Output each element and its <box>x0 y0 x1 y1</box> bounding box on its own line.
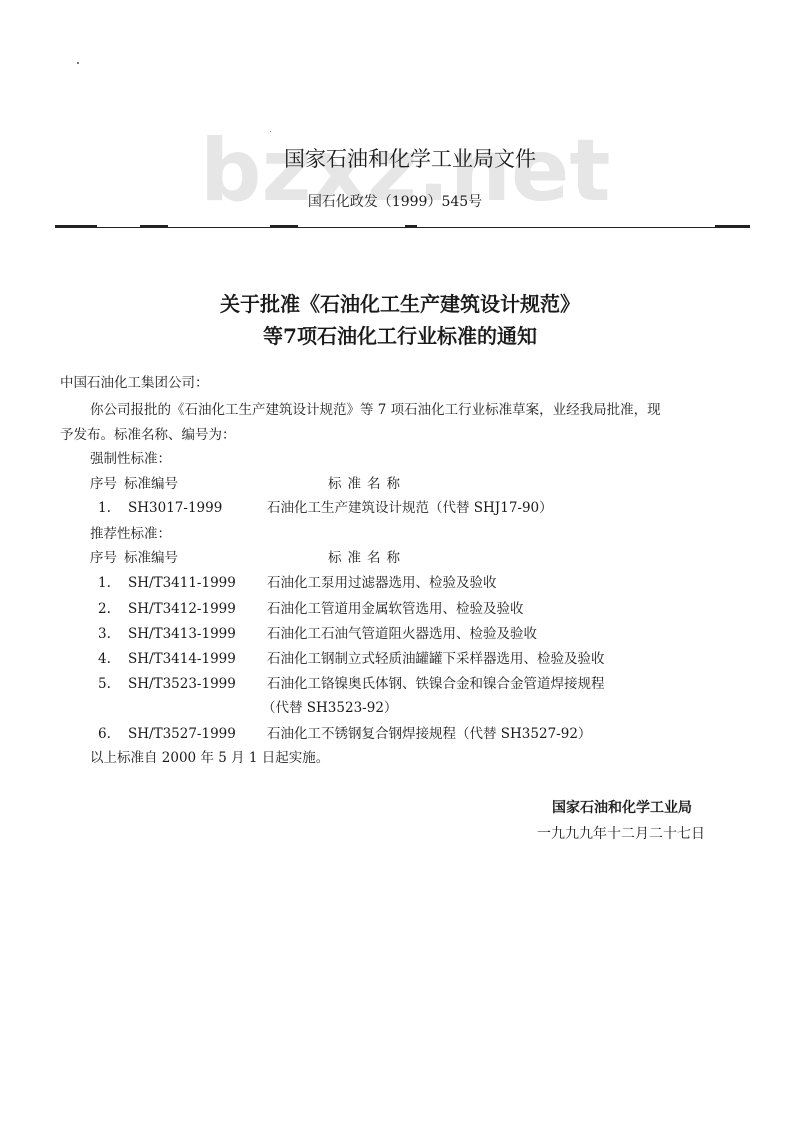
rule-segment <box>405 225 417 227</box>
recipient: 中国石油化工集团公司： <box>60 377 209 391</box>
recommended-header-seq: 序号 <box>90 552 117 566</box>
recommended-section-label: 推荐性标准： <box>90 528 171 542</box>
table-row-seq: 2. <box>98 603 111 617</box>
table-row-code: SH3017-1999 <box>128 502 222 516</box>
body-paragraph-line-2: 予发布。标准名称、编号为： <box>60 429 236 443</box>
rule-segment <box>715 225 750 228</box>
signature-organization: 国家石油和化学工业局 <box>552 797 692 817</box>
signature-date: 一九九九年十二月二十七日 <box>537 823 705 843</box>
mandatory-section-label: 强制性标准： <box>90 453 171 467</box>
table-row-code: SH/T3413-1999 <box>128 628 236 642</box>
table-row-code: SH/T3523-1999 <box>128 678 236 692</box>
table-row-name: 石油化工生产建筑设计规范（代替 SHJ17-90） <box>267 502 553 516</box>
scan-speck <box>77 62 79 64</box>
table-row-code: SH/T3414-1999 <box>128 653 236 667</box>
document-number: 国石化政发（1999）545号 <box>0 191 790 211</box>
table-row-seq: 3. <box>98 628 111 642</box>
table-row-name: 石油化工泵用过滤器选用、检验及验收 <box>267 577 497 591</box>
table-row-name: 石油化工铬镍奥氏体钢、铁镍合金和镍合金管道焊接规程 <box>267 678 605 692</box>
issuer-title: 国家石油和化学工业局文件 <box>0 143 800 173</box>
effective-date-statement: 以上标准自 2000 年 5 月 1 日起实施。 <box>90 752 329 766</box>
mandatory-header-seq: 序号 <box>90 478 117 492</box>
table-row-name: 石油化工石油气管道阻火器选用、检验及验收 <box>267 628 537 642</box>
table-row-seq: 1. <box>98 577 111 591</box>
table-row-code: SH/T3411-1999 <box>128 577 236 591</box>
table-row-code: SH/T3527-1999 <box>128 728 236 742</box>
mandatory-header-name: 标准名称 <box>328 478 406 492</box>
notice-title-line-2: 等7项石油化工行业标准的通知 <box>0 320 800 349</box>
table-row-seq: 1. <box>98 502 111 516</box>
rule-segment <box>270 225 298 227</box>
notice-title-line-1: 关于批准《石油化工生产建筑设计规范》 <box>0 288 800 317</box>
table-row-name-continuation: （代替 SH3523-92） <box>262 702 397 716</box>
rule-segment <box>140 225 168 228</box>
table-row-name: 石油化工不锈钢复合钢焊接规程（代替 SH3527-92） <box>267 728 591 742</box>
mandatory-header-code: 标准编号 <box>124 478 178 492</box>
table-row-seq: 5. <box>98 678 111 692</box>
body-paragraph-line-1: 你公司报批的《石油化工生产建筑设计规范》等 7 项石油化工行业标准草案，业经我局… <box>90 404 661 418</box>
table-row-code: SH/T3412-1999 <box>128 603 236 617</box>
rule-segment <box>55 225 97 228</box>
table-row-seq: 4. <box>98 653 111 667</box>
table-row-name: 石油化工钢制立式轻质油罐罐下采样器选用、检验及验收 <box>267 653 605 667</box>
recommended-header-code: 标准编号 <box>124 552 178 566</box>
recommended-header-name: 标准名称 <box>328 552 406 566</box>
table-row-name: 石油化工管道用金属软管选用、检验及验收 <box>267 603 524 617</box>
table-row-seq: 6. <box>98 728 111 742</box>
